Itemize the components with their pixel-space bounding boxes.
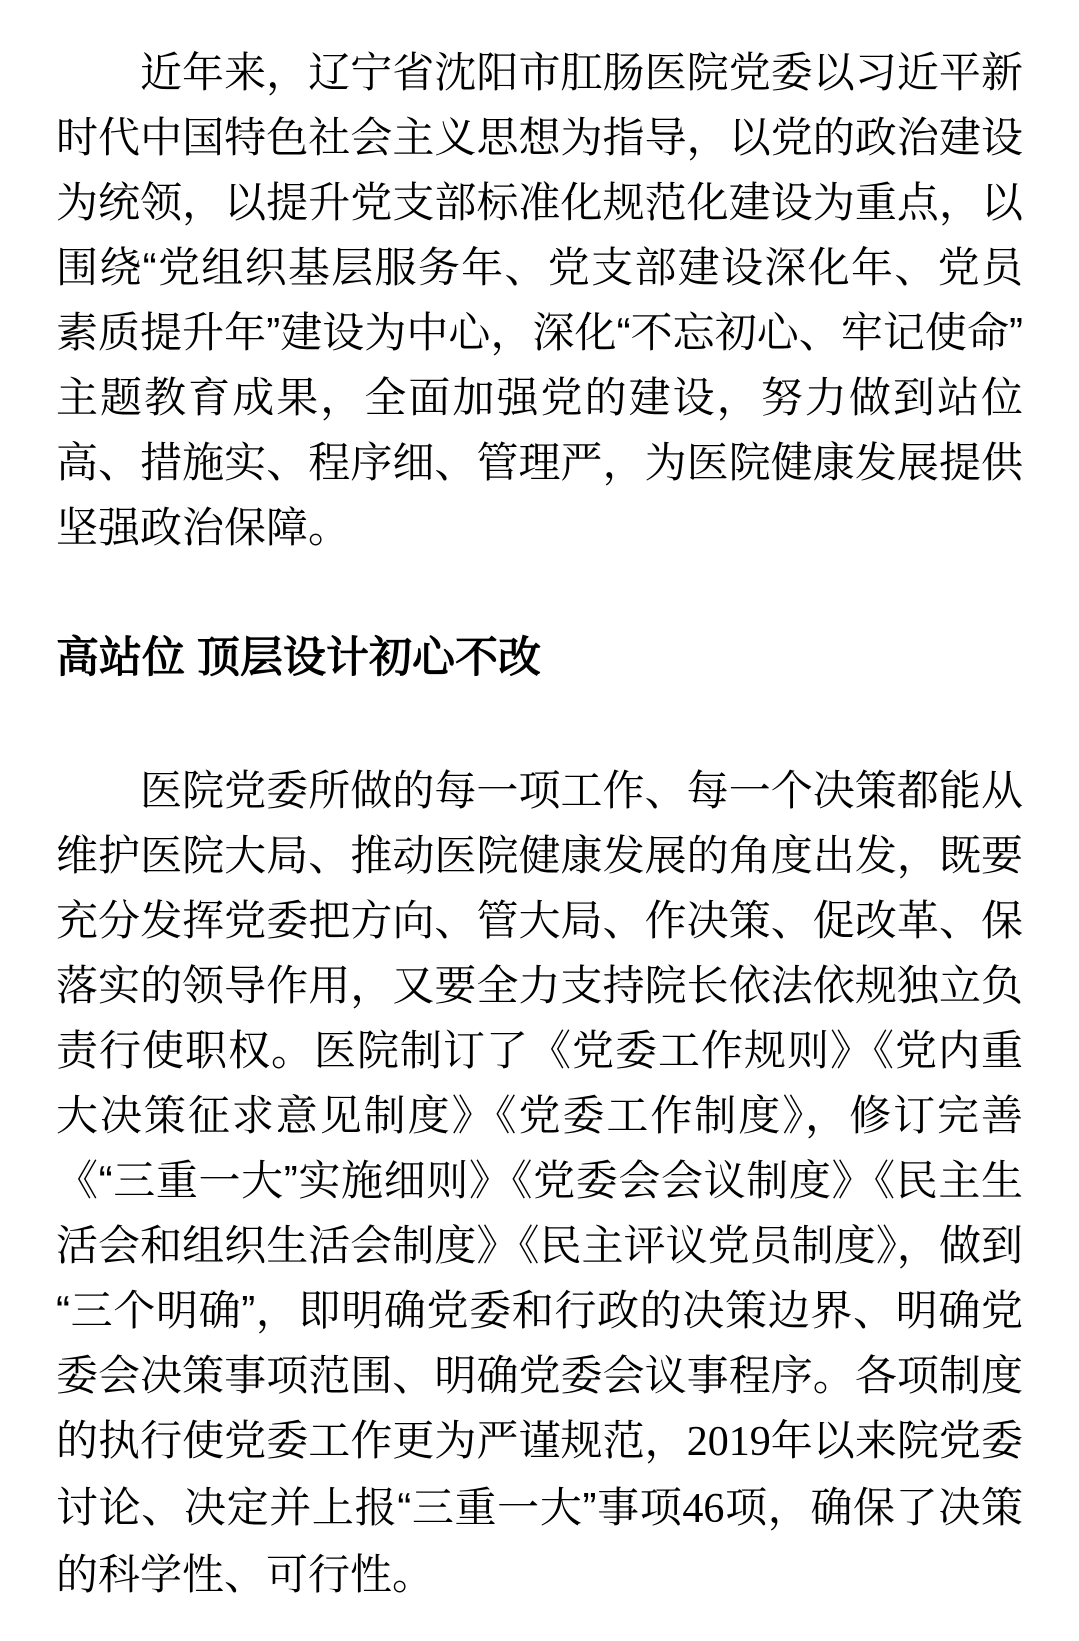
article-page: 近年来，辽宁省沈阳市肛肠医院党委以习近平新时代中国特色社会主义思想为指导，以党的… <box>0 0 1079 1641</box>
body-paragraph: 医院党委所做的每一项工作、每一个决策都能从维护医院大局、推动医院健康发展的角度出… <box>56 758 1023 1607</box>
section-heading: 高站位 顶层设计初心不改 <box>56 626 1023 691</box>
intro-paragraph: 近年来，辽宁省沈阳市肛肠医院党委以习近平新时代中国特色社会主义思想为指导，以党的… <box>56 40 1023 560</box>
